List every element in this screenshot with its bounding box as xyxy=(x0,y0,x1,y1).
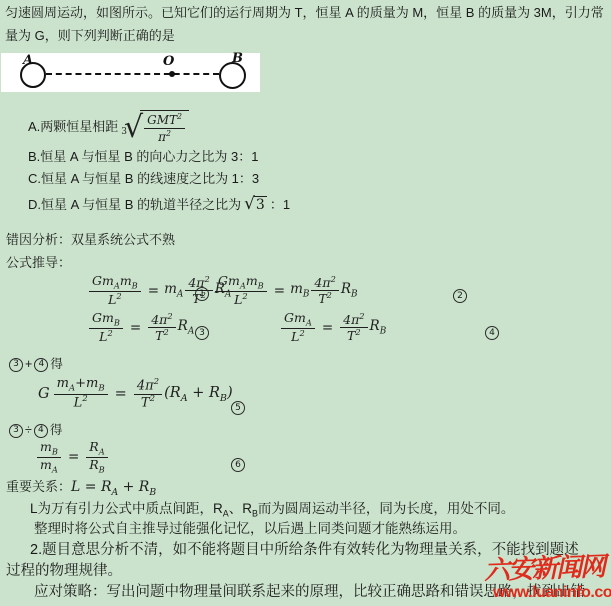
formula-6: mBmA = RARB xyxy=(33,440,110,475)
formula-4-lhs-fraction: GmAL2 xyxy=(281,311,315,345)
formula-6-number-badge: 6 xyxy=(231,458,245,472)
cube-root-expression: 3 √ GMT2 π2 xyxy=(121,110,189,145)
formula-4: GmAL2 = 4π2T2 RB xyxy=(277,311,386,345)
formula-4-number-badge: 4 xyxy=(485,326,499,340)
circled-4: 4 xyxy=(34,424,48,438)
binary-star-figure: A B O xyxy=(1,53,260,92)
formula-2: GmAmBL2 = mB 4π2T2 RB xyxy=(211,274,358,308)
intro-line-2: 量为 G，则下列判断正确的是 xyxy=(5,28,175,44)
sqrt-radicand: 3 xyxy=(254,196,267,214)
key-relation-label: 重要关系： xyxy=(6,479,71,494)
equals-sign: = xyxy=(148,283,159,299)
formula-5-number-badge: 5 xyxy=(231,401,245,415)
note-length-distinction: L为万有引力公式中质点间距，RA、RB而为圆周运动半径，同为长度，用处不同。 xyxy=(30,501,514,520)
formula-5-rhs-fraction: 4π2T2 xyxy=(134,378,162,412)
formula-2-rhs-fraction: 4π2T2 xyxy=(311,275,338,307)
key-relation-math: L = RA + RB xyxy=(71,479,156,495)
option-c: C.恒星 A 与恒星 B 的线速度之比为 1：3 xyxy=(28,171,259,187)
note-problem-analysis-line2: 过程的物理规律。 xyxy=(6,562,122,580)
equals-sign: = xyxy=(274,283,285,299)
radicand-denominator: π2 xyxy=(155,129,174,145)
formula-5: G mA+mBL2 = 4π2T2 (RA + RB) xyxy=(38,377,233,412)
physics-notes-page: { "page": { "bg_color": "#cbe3cc", "intr… xyxy=(0,0,611,606)
formula-1: GmAmBL2 = mA 4π2T2 RA xyxy=(85,274,231,308)
step-divide-suffix: 得 xyxy=(50,423,63,439)
sqrt-expression: √ 3 xyxy=(244,196,267,214)
derivation-label: 公式推导： xyxy=(6,255,71,271)
option-d-text: D.恒星 A 与恒星 B 的轨道半径之比为 xyxy=(28,197,241,213)
error-cause-line: 错因分析：双星系统公式不熟 xyxy=(6,232,175,248)
formula-5-pre: G xyxy=(38,386,50,402)
formula-6-lhs-fraction: mBmA xyxy=(37,440,61,475)
intro-line-1: 匀速圆周运动，如图所示。已知它们的运行周期为 T，恒星 A 的质量为 M，恒星 … xyxy=(5,5,604,21)
formula-6-rhs-fraction: RARB xyxy=(86,440,108,475)
option-a: A.两颗恒星相距 3 √ GMT2 π2 xyxy=(28,110,189,145)
formula-2-coeff: mB xyxy=(290,281,309,300)
equals-sign: = xyxy=(130,320,141,336)
star-b-circle xyxy=(219,62,246,89)
center-o-label: O xyxy=(163,54,174,69)
formula-2-tail: RB xyxy=(341,281,358,300)
radicand-numerator: GMT2 xyxy=(144,112,185,129)
equals-sign: = xyxy=(68,449,79,465)
formula-4-tail: RB xyxy=(370,318,387,337)
formula-3: GmBL2 = 4π2T2 RA xyxy=(85,311,194,345)
formula-3-number-badge: 3 xyxy=(195,326,209,340)
formula-2-number-badge: 2 xyxy=(453,289,467,303)
circled-4: 4 xyxy=(34,358,48,372)
formula-5-lhs-fraction: mA+mBL2 xyxy=(54,377,108,412)
star-a-circle xyxy=(20,62,46,88)
circled-3: 3 xyxy=(9,358,23,372)
step-add-header: 3 + 4 得 xyxy=(8,357,63,373)
option-a-text: A.两颗恒星相距 xyxy=(28,119,118,135)
key-relation-line: 重要关系：L = RA + RB xyxy=(6,479,156,498)
option-d: D.恒星 A 与恒星 B 的轨道半径之比为 √ 3 ：1 xyxy=(28,196,290,214)
equals-sign: = xyxy=(115,386,127,402)
watermark-site-name: 六安新闻网 xyxy=(483,546,610,587)
formula-3-lhs-fraction: GmBL2 xyxy=(89,311,123,345)
step-add-suffix: 得 xyxy=(50,357,63,373)
plus-sign: + xyxy=(25,357,32,373)
formula-5-tail: (RA + RB) xyxy=(164,385,232,404)
formula-4-rhs-fraction: 4π2T2 xyxy=(340,312,367,344)
formula-1-number-badge: 1 xyxy=(195,287,209,301)
dashed-line xyxy=(46,73,219,75)
formula-3-rhs-fraction: 4π2T2 xyxy=(148,312,175,344)
watermark-site-url: www.luaninfo.com xyxy=(493,584,611,602)
step-divide-header: 3 ÷ 4 得 xyxy=(8,423,62,439)
circled-3: 3 xyxy=(9,424,23,438)
radicand: GMT2 π2 xyxy=(140,110,189,145)
note-self-derivation: 整理时将公式自主推导过能强化记忆，以后遇上同类问题才能熟练运用。 xyxy=(34,521,466,538)
formula-3-tail: RA xyxy=(178,318,195,337)
formula-1-coeff: mA xyxy=(164,281,183,300)
divide-sign: ÷ xyxy=(25,423,32,439)
option-d-suffix: ：1 xyxy=(270,197,290,213)
center-o-dot xyxy=(169,71,175,77)
equals-sign: = xyxy=(322,320,333,336)
option-b: B.恒星 A 与恒星 B 的向心力之比为 3：1 xyxy=(28,149,258,165)
formula-2-lhs-fraction: GmAmBL2 xyxy=(215,274,267,308)
formula-1-lhs-fraction: GmAmBL2 xyxy=(89,274,141,308)
